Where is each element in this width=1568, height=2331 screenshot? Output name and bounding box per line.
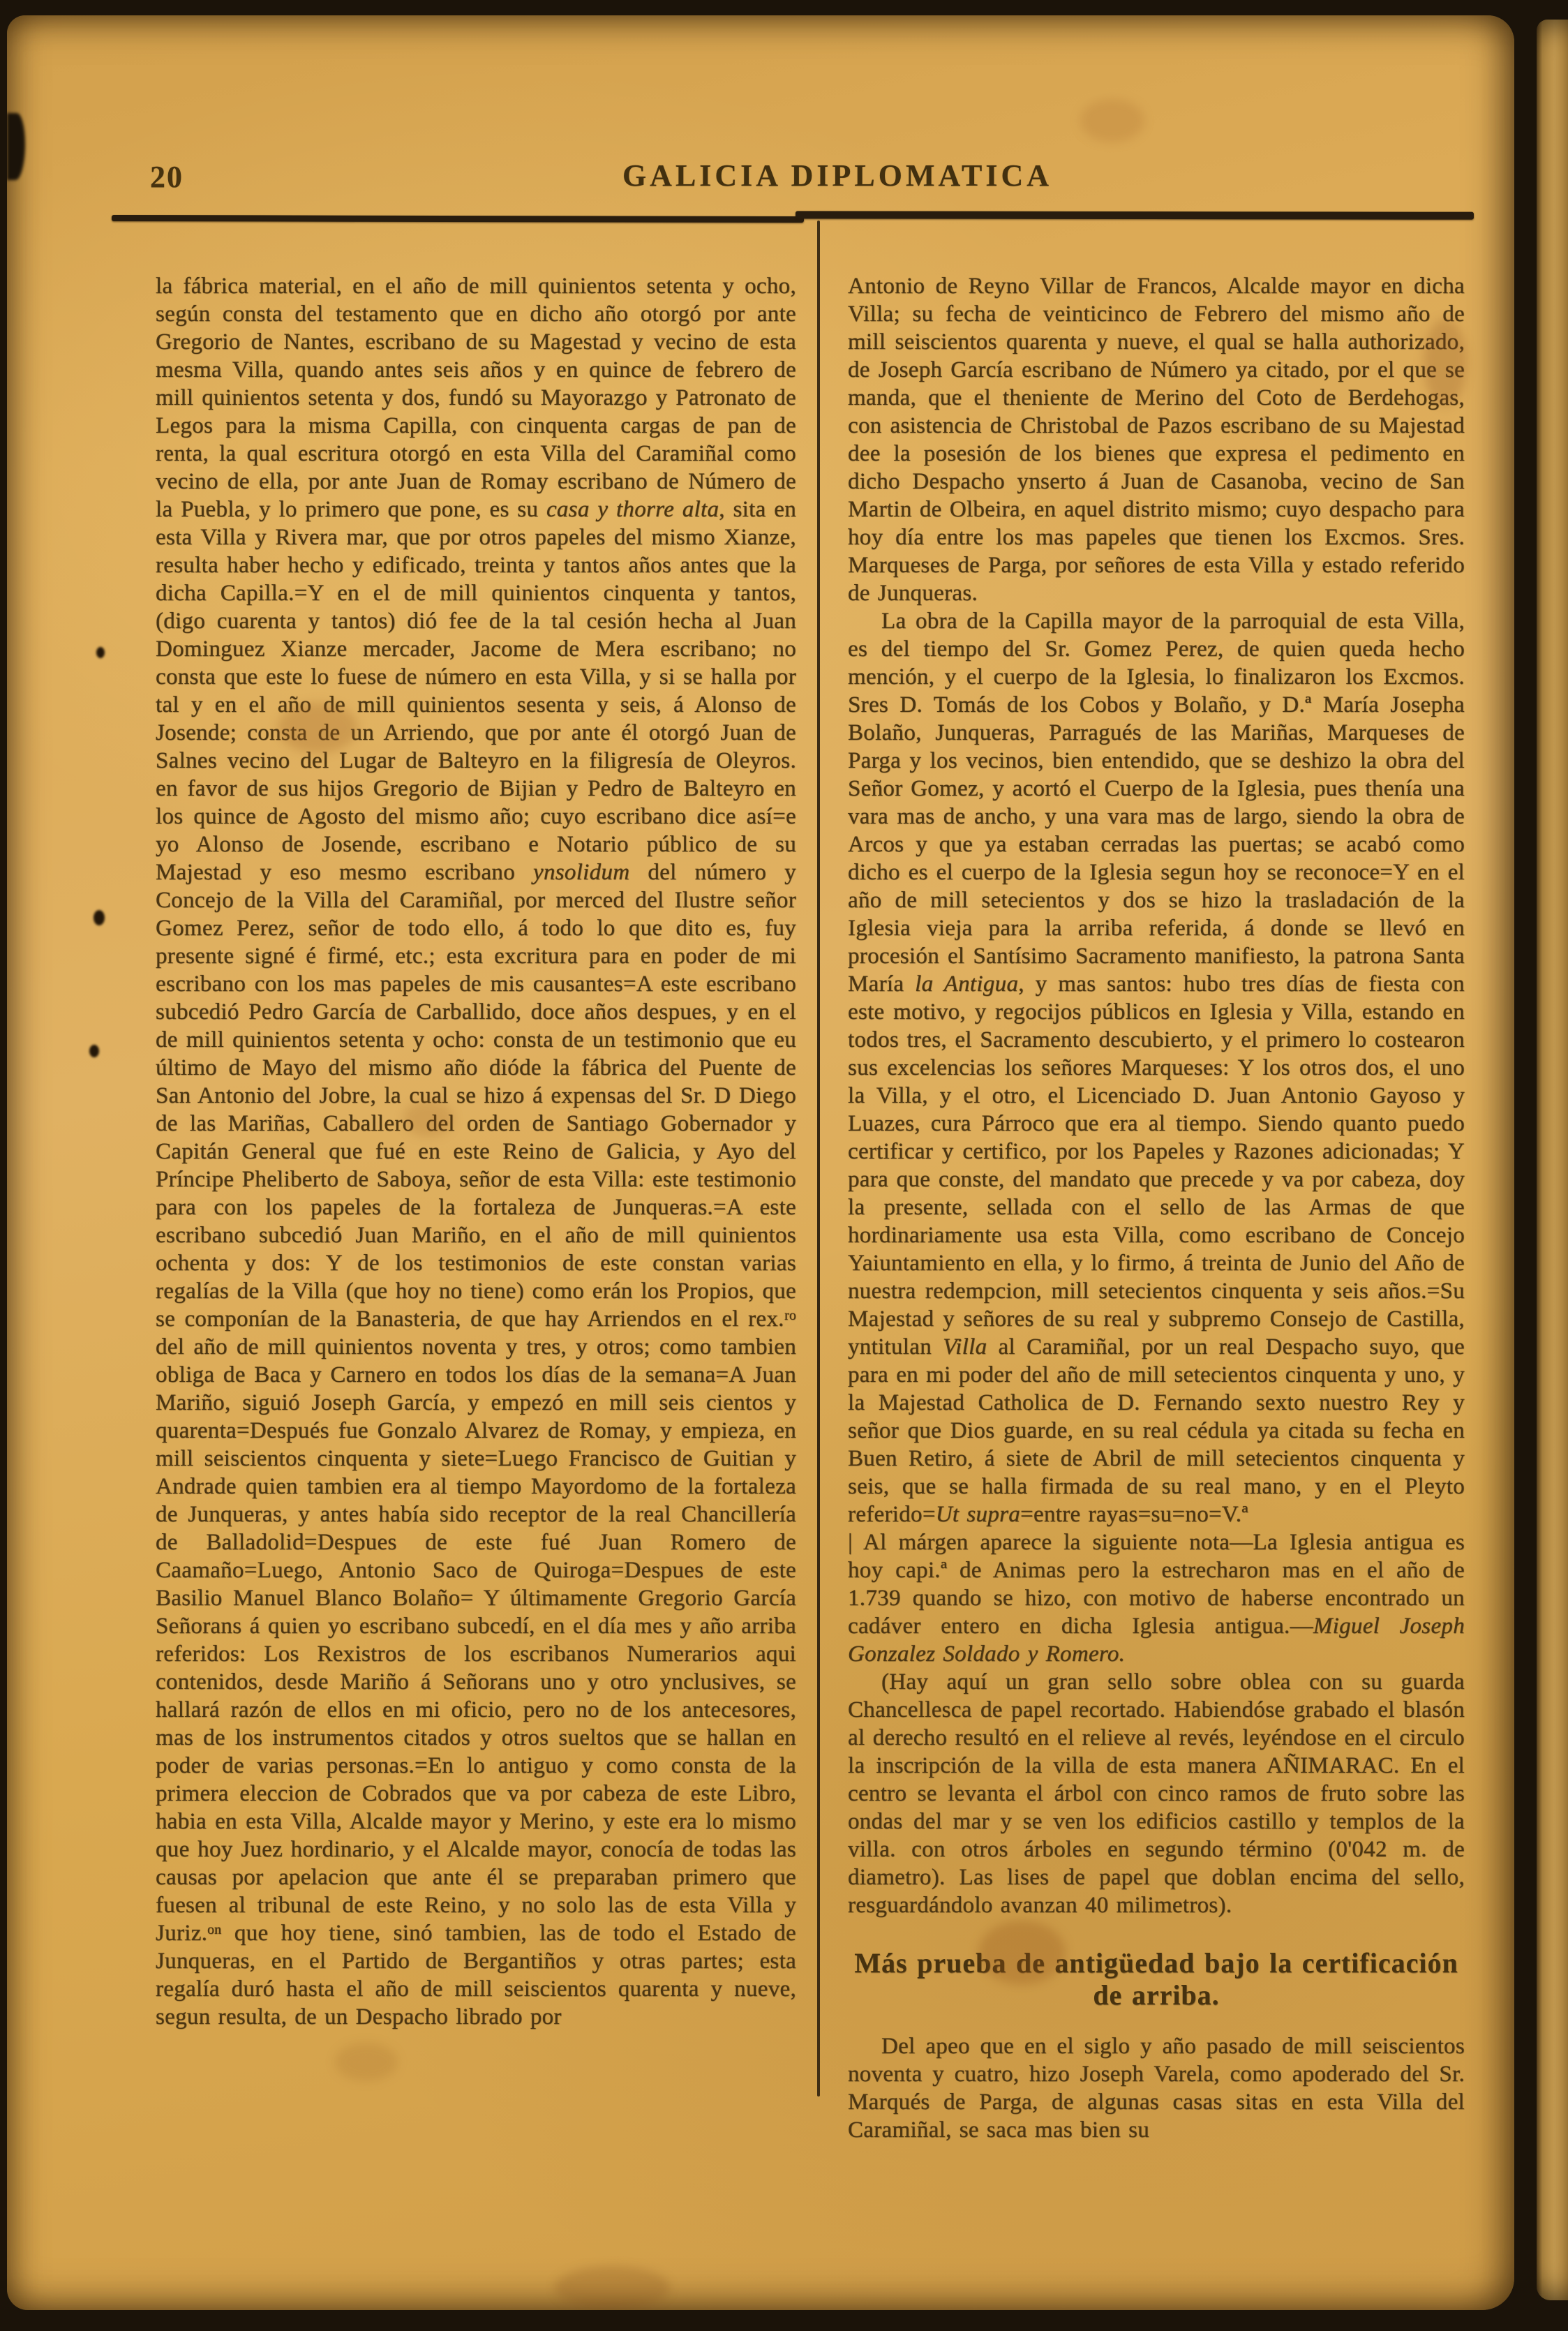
- right-column: Antonio de Reyno Villar de Francos, Alca…: [848, 272, 1465, 2144]
- italic-text: ynsolidum: [533, 860, 629, 885]
- paragraph: Del apeo que en el siglo y año pasado de…: [848, 2032, 1465, 2144]
- text-run: , y mas santos: hubo tres días de fiesta…: [848, 971, 1465, 1360]
- scan-edge-artifact: [89, 1045, 99, 1057]
- text-run: =entre rayas=su=no=V.ª: [1020, 1502, 1248, 1527]
- scan-edge-artifact: [7, 113, 25, 180]
- italic-text: casa y thorre alta: [546, 497, 719, 522]
- paragraph: Antonio de Reyno Villar de Francos, Alca…: [848, 272, 1465, 607]
- text-run: , sita en esta Villa y Rivera mar, que p…: [156, 497, 796, 885]
- italic-text: la Antigua: [915, 971, 1018, 997]
- text-run: Del apeo que en el siglo y año pasado de…: [848, 2034, 1465, 2143]
- text-run: del número y Concejo de la Villa del Car…: [156, 860, 796, 2030]
- paragraph: | Al márgen aparece la siguiente nota—La…: [848, 1528, 1465, 1668]
- paragraph: La obra de la Capilla mayor de la parroq…: [848, 607, 1465, 1528]
- paper-stain: [1080, 99, 1144, 142]
- text-run: (Hay aquí un gran sello sobre oblea con …: [848, 1669, 1465, 1918]
- left-column: la fábrica material, en el año de mill q…: [156, 272, 796, 2031]
- paper-stain: [335, 2043, 398, 2081]
- section-heading: Más prueba de antigüedad bajo la certifi…: [853, 1947, 1459, 2011]
- text-run: Antonio de Reyno Villar de Francos, Alca…: [848, 274, 1465, 606]
- header-rule-left: [112, 215, 804, 223]
- scan-edge-artifact: [94, 910, 105, 925]
- header-rule-right: [796, 211, 1474, 219]
- italic-text: Ut supra: [936, 1502, 1020, 1527]
- text-run: al Caramiñal, por un real Despacho suyo,…: [848, 1334, 1465, 1527]
- paper-stain: [555, 2266, 670, 2309]
- column-divider: [817, 221, 820, 2097]
- text-run: la fábrica material, en el año de mill q…: [156, 274, 796, 522]
- paper-page: 20 GALICIA DIPLOMATICA la fábrica materi…: [7, 15, 1514, 2310]
- paragraph: (Hay aquí un gran sello sobre oblea con …: [848, 1668, 1465, 1919]
- scanned-document: 20 GALICIA DIPLOMATICA la fábrica materi…: [0, 0, 1568, 2331]
- italic-text: Villa: [943, 1334, 987, 1360]
- page-title: GALICIA DIPLOMATICA: [140, 158, 1514, 193]
- scan-edge-artifact: [96, 647, 105, 658]
- text-run: La obra de la Capilla mayor de la parroq…: [848, 609, 1465, 997]
- paragraph: la fábrica material, en el año de mill q…: [156, 272, 796, 2031]
- next-page-edge: [1537, 20, 1568, 2300]
